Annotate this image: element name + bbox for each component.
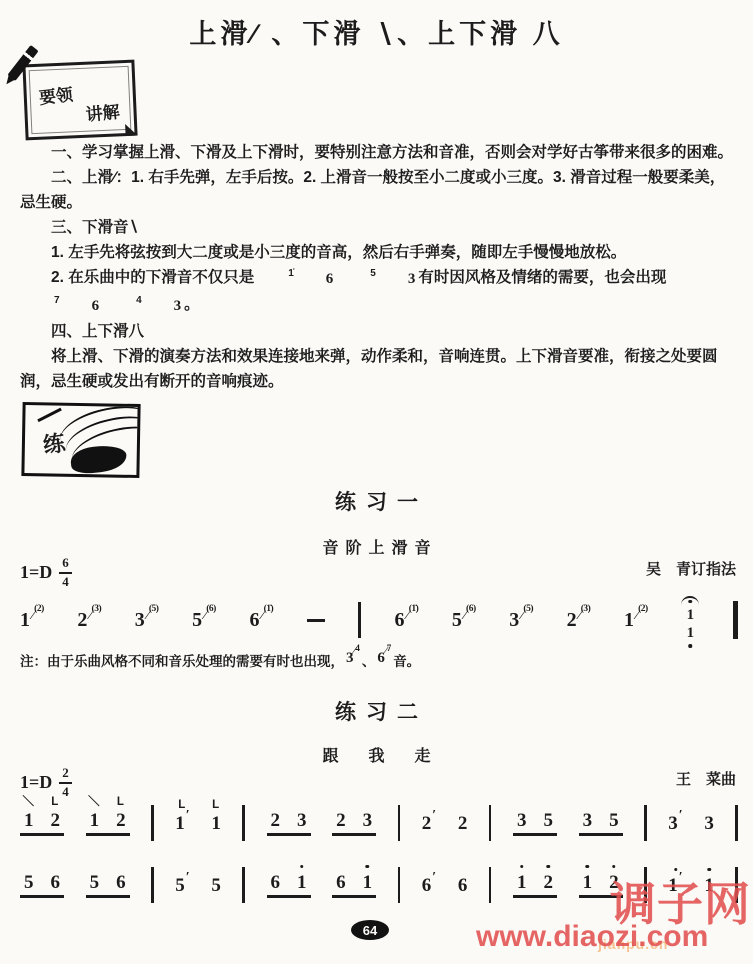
note-number: 1	[517, 873, 527, 892]
barline	[151, 805, 154, 841]
key-text: 1=D	[20, 772, 52, 793]
grace-main: 3	[377, 267, 416, 292]
slide-target: (6)	[466, 604, 476, 614]
meter-fraction: 2 4	[59, 766, 72, 800]
jianpu-note: 6	[458, 876, 468, 895]
note-number: 2	[567, 610, 577, 630]
note-number: 1	[24, 811, 34, 830]
jianpu-note: 5	[90, 873, 100, 892]
finger-mark: L	[51, 797, 58, 809]
barline	[735, 805, 738, 841]
up-slide-mark: ∕(5)	[147, 608, 159, 621]
up-slide-mark: ′	[186, 870, 190, 886]
note-number: 6	[51, 873, 61, 892]
key-text: 1=D	[20, 562, 52, 583]
exercise1-footnote: 注：由于乐曲风格不同和音乐处理的需要有时也出现，3∕4、6∕7音。	[20, 650, 736, 670]
paragraph: 2. 在乐曲中的下滑音不仅只是1̇653有时因风格及情绪的需要，也会出现7643…	[20, 265, 736, 319]
note-number: 1	[211, 814, 221, 833]
jianpu-note: 6	[336, 873, 346, 892]
note-number: 6	[395, 610, 405, 630]
up-slide-mark: ∕(3)	[89, 608, 101, 621]
jianpu-note: 3	[704, 814, 714, 833]
memo-label-1: 要领	[37, 80, 74, 109]
scanned-music-page: { "title": { "text": "上滑∕ 、下滑 ∖、上下滑 八" }…	[0, 0, 753, 964]
memo-label-2: 讲解	[84, 97, 120, 125]
jianpu-note: 3′	[668, 814, 682, 833]
jianpu-note: 3	[517, 811, 527, 830]
jianpu-note: 3	[363, 811, 373, 830]
jianpu-note: 1	[687, 626, 695, 641]
up-slide-mark: ∕(6)	[204, 608, 216, 621]
fingering-credit: 吴 青订指法	[646, 556, 736, 579]
note-number: 3	[509, 610, 519, 630]
finger-mark: ＼	[23, 797, 35, 809]
beam-group: 61	[267, 873, 311, 898]
paragraph: 二、上滑∕：1. 右手先弹，左手后按。2. 上滑音一般按至小二度或小三度。3. …	[20, 165, 736, 215]
note-number: 1	[175, 814, 185, 833]
note-number: 3	[363, 811, 373, 830]
note-number: 2	[77, 610, 87, 630]
paragraph: 一、学习掌握上滑、下滑及上下滑时，要特别注意方法和音准，否则会对学好古筝带来很多…	[20, 140, 736, 165]
jianpu-note: 5∕(6)	[452, 610, 476, 630]
note-number: 6	[336, 873, 346, 892]
slide-target: 4	[355, 643, 360, 653]
up-slide-mark: ∕(2)	[32, 608, 44, 621]
note-number: 5	[175, 876, 185, 895]
note-number: 3	[135, 610, 145, 630]
finger-mark: L	[117, 797, 124, 809]
jianpu-note: 6	[51, 873, 61, 892]
jianpu-note: 3	[297, 811, 307, 830]
jianpu-note: 5	[211, 876, 221, 895]
note-number: 1	[363, 873, 373, 892]
jianpu-note: 2	[458, 814, 468, 833]
note-number: 1	[297, 873, 307, 892]
jianpu-note: 3∕(5)	[135, 610, 159, 630]
beam-group: 35	[579, 811, 623, 836]
grace-origin: 7	[23, 288, 60, 313]
jianpu-note: 2	[271, 811, 281, 830]
grace-origin: 5	[339, 261, 376, 286]
meter-bottom: 4	[62, 784, 69, 800]
note-number: 2	[422, 814, 432, 833]
high-octave-dot	[689, 600, 693, 604]
barline	[489, 867, 492, 903]
barline	[489, 805, 492, 841]
jianpu-note: 1	[583, 873, 593, 892]
jianpu-note: 2∕(3)	[77, 610, 101, 630]
note-number: 6	[271, 873, 281, 892]
exercise2-notation-line-1: ＼1L2＼1L2L1′L123232′235353′3	[20, 799, 738, 847]
paragraph: 将上滑、下滑的演奏方法和效果连接地来弹，动作柔和，音响连贯。上下滑音要准，衔接之…	[20, 344, 736, 394]
note-number: 6	[249, 610, 259, 630]
slide-target: (3)	[581, 604, 591, 614]
grace-note: 53	[339, 267, 415, 292]
meter-bottom: 4	[62, 574, 69, 590]
page-title: 上滑∕ 、下滑 ∖、上下滑 八	[0, 12, 753, 51]
page-number: 64	[363, 923, 377, 938]
paragraph: 三、下滑音∖	[20, 215, 736, 240]
barline	[151, 867, 154, 903]
note-number: 1	[583, 873, 593, 892]
slide-target: (2)	[34, 604, 44, 614]
jianpu-note: 6	[116, 873, 126, 892]
exercise1-heading: 练习一	[0, 486, 753, 516]
practice-stamp-icon: 练	[21, 402, 140, 478]
up-slide-mark: ′	[679, 808, 683, 824]
slide-target: (1̇)	[264, 604, 274, 614]
barline	[398, 805, 401, 841]
beam-group: 56	[86, 873, 130, 898]
exercise2-heading: 练习二	[0, 696, 753, 726]
jianpu-note: 6	[271, 873, 281, 892]
finger-mark: ＼	[88, 797, 100, 809]
note-number: 1	[624, 610, 634, 630]
up-slide-mark: ′	[432, 870, 436, 886]
note-number: 3	[346, 650, 354, 667]
jianpu-note: L1′	[175, 814, 189, 833]
beam-group: ＼1L2	[20, 811, 64, 836]
note-number: 5	[452, 610, 462, 630]
slide-target: 7	[387, 643, 392, 653]
slide-target: (1̇)	[409, 604, 419, 614]
jianpu-note: 1	[363, 873, 373, 892]
paragraph: 四、上下滑八	[20, 319, 736, 344]
slide-target: (5)	[149, 604, 159, 614]
barline	[644, 805, 647, 841]
jianpu-note: ＼1	[24, 811, 34, 830]
note-number: 5	[544, 811, 554, 830]
grace-main: 6	[295, 267, 334, 292]
jianpu-note: 1	[517, 873, 527, 892]
grace-origin: 1̇	[257, 261, 294, 286]
up-slide-mark: ′	[186, 808, 190, 824]
meter-top: 2	[59, 766, 72, 784]
barline	[242, 867, 245, 903]
finger-mark: L	[178, 800, 185, 812]
note-number: 5	[211, 876, 221, 895]
jianpu-note: 5∕(6)	[192, 610, 216, 630]
composer-credit: 王 菜曲	[676, 766, 736, 789]
barline	[398, 867, 401, 903]
note-number: 5	[609, 811, 619, 830]
slide-target: (5)	[523, 604, 533, 614]
note-number: 2	[458, 814, 468, 833]
up-slide-mark: ∕(6)	[464, 608, 476, 621]
note-number: 2	[116, 811, 126, 830]
high-octave-dot	[300, 865, 304, 869]
stamp-glyph: 练	[41, 426, 67, 460]
jianpu-note: 6∕(1̇)	[249, 610, 273, 630]
grace-main: 3	[143, 294, 182, 319]
up-slide-mark: ∕(3)	[579, 608, 591, 621]
meter-top: 6	[59, 556, 72, 574]
note-number: 5	[192, 610, 202, 630]
jianpu-note: 5	[609, 811, 619, 830]
note-number: 1	[687, 608, 695, 623]
high-octave-dot	[366, 865, 370, 869]
note-number: 3	[668, 814, 678, 833]
note-number: 2	[544, 873, 554, 892]
stamp-stroke	[37, 408, 61, 422]
jianpu-note: L2	[116, 811, 126, 830]
note-number: 3	[297, 811, 307, 830]
jianpu-note: 2∕(3)	[567, 610, 591, 630]
memo-box: 要领 讲解	[22, 60, 137, 141]
note-number: 1	[687, 626, 695, 641]
note-number: 3	[583, 811, 593, 830]
note-number: 1	[90, 811, 100, 830]
jianpu-note: 1∕(2)	[624, 610, 648, 630]
note-number: 2	[51, 811, 61, 830]
jianpu-note: L2	[51, 811, 61, 830]
jianpu-note: 2′	[422, 814, 436, 833]
jianpu-note: 5	[24, 873, 34, 892]
up-slide-mark: ∕(5)	[521, 608, 533, 621]
site-watermark-url: www.diaozi.com	[476, 920, 708, 954]
exercise2-keyrow: 1=D 2 4 王 菜曲	[20, 766, 736, 800]
up-slide-mark: ′	[432, 808, 436, 824]
slide-target: (2)	[638, 604, 648, 614]
jianpu-note: 6′	[422, 876, 436, 895]
high-octave-dot	[586, 865, 590, 869]
grace-note: 76	[23, 294, 99, 319]
up-slide-mark: ∕(2)	[636, 608, 648, 621]
jianpu-note: ＼1	[90, 811, 100, 830]
beam-group: 23	[267, 811, 311, 836]
jianpu-note: 5	[544, 811, 554, 830]
note-number: 6	[116, 873, 126, 892]
slide-target: (6)	[206, 604, 216, 614]
note-number: 3	[517, 811, 527, 830]
high-octave-dot	[547, 865, 551, 869]
barline	[358, 602, 361, 638]
final-barline	[733, 601, 738, 639]
beam-group: 12	[513, 873, 557, 898]
exercise1-subtitle: 音阶上滑音	[0, 535, 753, 558]
note-number: 5	[90, 873, 100, 892]
octave-stack: 11	[681, 596, 699, 641]
beam-group: 35	[513, 811, 557, 836]
key-signature: 1=D 6 4	[20, 556, 72, 590]
high-octave-dot	[520, 865, 524, 869]
note-number: 6	[422, 876, 432, 895]
slide-example: 6∕7	[377, 650, 391, 667]
note-number: 5	[24, 873, 34, 892]
grace-note: 43	[105, 294, 181, 319]
jianpu-note: 1∕(2)	[20, 610, 44, 630]
beam-group: 23	[332, 811, 376, 836]
beam-group: 56	[20, 873, 64, 898]
beam-group: 61	[332, 873, 376, 898]
grace-note: 1̇6	[257, 267, 333, 292]
exercise2-subtitle: 跟 我 走	[0, 743, 753, 766]
jianpu-note: 3∕(5)	[509, 610, 533, 630]
slide-target: (3)	[92, 604, 102, 614]
up-slide-mark: ∕(1̇)	[407, 608, 419, 621]
jianpu-note: 1	[687, 608, 695, 623]
note-number: 6	[377, 650, 385, 667]
note-number: 3	[704, 814, 714, 833]
barline	[242, 805, 245, 841]
jianpu-note: 5′	[175, 876, 189, 895]
dash-note	[307, 619, 325, 622]
jianpu-note: 2	[336, 811, 346, 830]
jianpu-note: 3	[583, 811, 593, 830]
note-number: 2	[336, 811, 346, 830]
note-number: 6	[458, 876, 468, 895]
explanation-text: 一、学习掌握上滑、下滑及上下滑时，要特别注意方法和音准，否则会对学好古筝带来很多…	[20, 140, 736, 394]
grace-origin: 4	[105, 288, 142, 313]
key-points-memo-icon: 要领 讲解	[24, 62, 136, 138]
beam-group: ＼1L2	[86, 811, 130, 836]
exercise1-keyrow: 1=D 6 4 吴 青订指法	[20, 556, 736, 590]
page-number-badge: 64	[351, 920, 389, 940]
up-slide-mark: ∕(1̇)	[261, 608, 273, 621]
note-number: 2	[271, 811, 281, 830]
jianpu-note: 2	[544, 873, 554, 892]
jianpu-note: 1	[297, 873, 307, 892]
jianpu-note: L1	[211, 814, 221, 833]
note-number: 1	[20, 610, 30, 630]
slide-example: 3∕4	[346, 650, 360, 667]
low-octave-dot	[689, 644, 693, 648]
paragraph: 1. 左手先将弦按到大二度或是小三度的音高，然后右手弹奏，随即左手慢慢地放松。	[20, 240, 736, 265]
grace-main: 6	[61, 294, 100, 319]
exercise1-notation-line: 1∕(2)2∕(3)3∕(5)5∕(6)6∕(1̇)6∕(1̇)5∕(6)3∕(…	[20, 596, 738, 644]
jianpu-note: 6∕(1̇)	[395, 610, 419, 630]
meter-fraction: 6 4	[59, 556, 72, 590]
finger-mark: L	[212, 800, 219, 812]
